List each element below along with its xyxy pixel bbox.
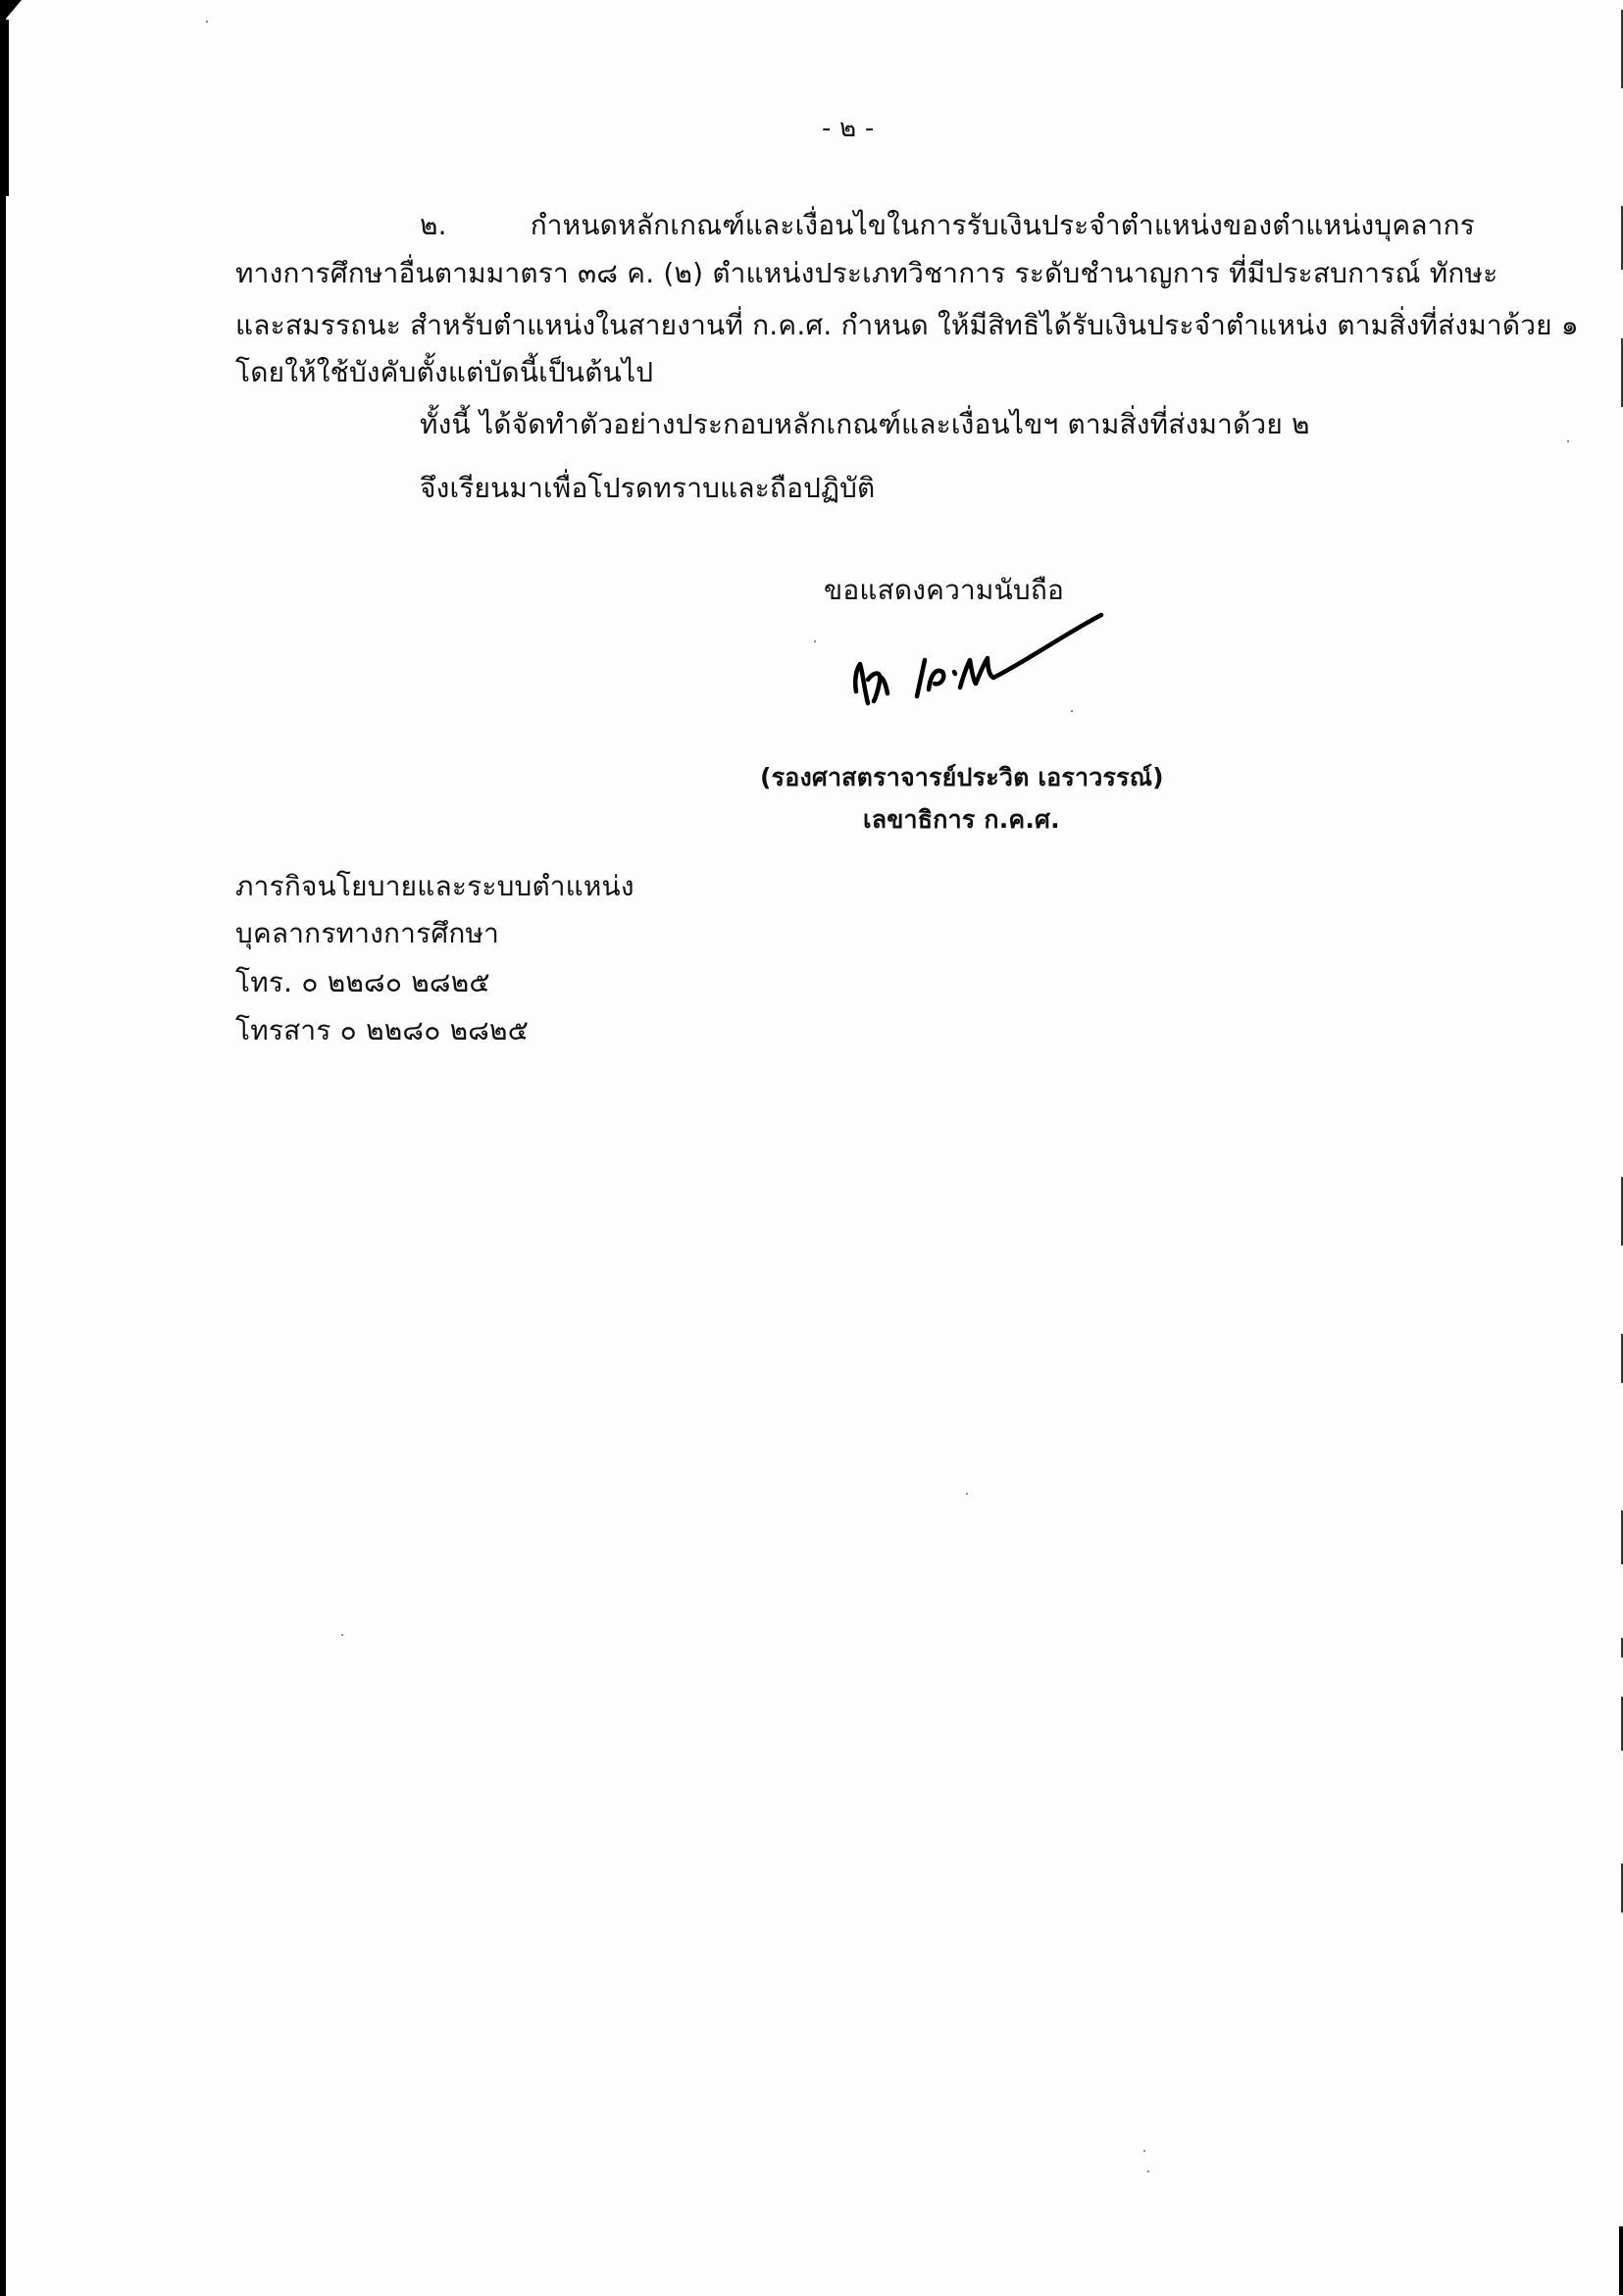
scan-mark-right [1619,2226,1623,2295]
scan-speck [1567,440,1569,442]
closing-request: จึงเรียนมาเพื่อโปรดทราบและถือปฏิบัติ [420,475,875,502]
scan-speck [1143,2150,1145,2152]
scan-edge-left [0,0,6,2296]
body-paragraph-1-line-2: ทางการศึกษาอื่นตามมาตรา ๓๘ ค. (๒) ตำแหน่… [235,260,1475,287]
scan-speck [1071,710,1073,712]
scan-speck [1147,2170,1149,2172]
body-paragraph-1-line-1: ๒. กำหนดหลักเกณฑ์และเงื่อนไขในการรับเงิน… [420,212,1475,239]
signer-title: เลขาธิการ ก.ค.ศ. [863,807,1060,832]
scan-speck [966,1493,968,1495]
page-number: - ๒ - [822,116,874,141]
department-line-2: บุคลากรทางการศึกษา [235,920,499,947]
scan-speck [206,21,208,23]
document-page: - ๒ - ๒. กำหนดหลักเกณฑ์และเงื่อนไขในการร… [0,0,1623,2296]
scan-edge-left-shadow [0,20,9,196]
regards-line: ขอแสดงความนับถือ [824,577,1064,604]
scan-speck [814,640,816,642]
signer-name: (รองศาสตราจารย์ประวิต เอราวรรณ์) [760,765,1164,790]
department-line-1: ภารกิจนโยบายและระบบตำแหน่ง [235,873,634,900]
body-paragraph-1-line-4: โดยให้ใช้บังคับตั้งแต่บัดนี้เป็นต้นไป [235,359,653,386]
body-paragraph-1-line-3: และสมรรถนะ สำหรับตำแหน่งในสายงานที่ ก.ค.… [235,312,1475,339]
fax-number: โทรสาร ๐ ๒๒๘๐ ๒๘๒๕ [235,1017,529,1045]
scan-speck [341,1634,343,1636]
handwritten-signature-icon [838,603,1113,721]
body-paragraph-2: ทั้งนี้ ได้จัดทำตัวอย่างประกอบหลักเกณฑ์แ… [420,411,1310,438]
phone-number: โทร. ๐ ๒๒๘๐ ๒๘๒๕ [235,969,490,996]
scan-corner-top-left [0,0,22,26]
